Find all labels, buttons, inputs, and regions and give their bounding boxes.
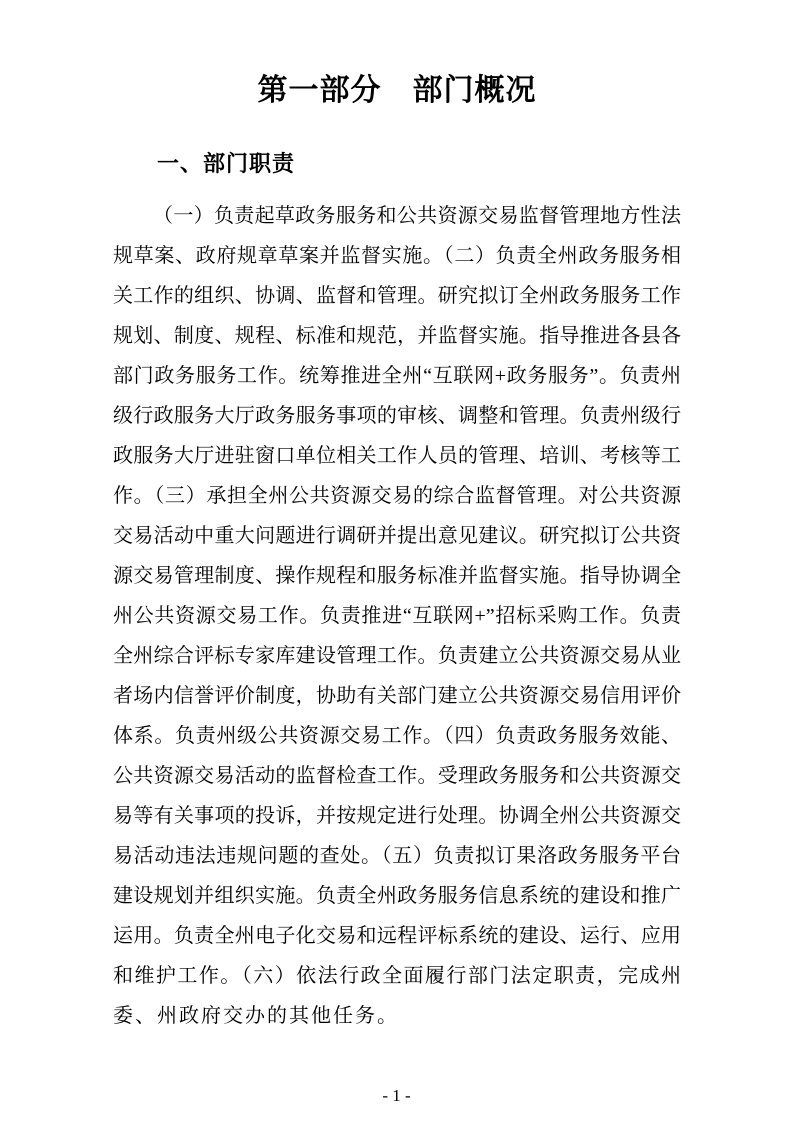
body-paragraph: （一）负责起草政务服务和公共资源交易监督管理地方性法规草案、政府规章草案并监督实… — [113, 196, 681, 1036]
section-heading: 一、部门职责 — [113, 150, 681, 178]
paragraph-line: 部门政务服务工作。统筹推进全州“互联网+政务服务”。负责州 — [113, 356, 681, 396]
paragraph-line: （一）负责起草政务服务和公共资源交易监督管理地方性法 — [113, 196, 681, 236]
paragraph-line: 易活动违法违规问题的查处。（五）负责拟订果洛政务服务平台 — [113, 836, 681, 876]
paragraph-line: 关工作的组织、协调、监督和管理。研究拟订全州政务服务工作 — [113, 276, 681, 316]
paragraph-line: 和维护工作。（六）依法行政全面履行部门法定职责，完成州 — [113, 956, 681, 996]
document-title: 第一部分 部门概况 — [113, 72, 681, 110]
paragraph-line: 公共资源交易活动的监督检查工作。受理政务服务和公共资源交 — [113, 756, 681, 796]
paragraph-line: 政服务大厅进驻窗口单位相关工作人员的管理、培训、考核等工 — [113, 436, 681, 476]
paragraph-line: 者场内信誉评价制度，协助有关部门建立公共资源交易信用评价 — [113, 676, 681, 716]
paragraph-line: 州公共资源交易工作。负责推进“互联网+”招标采购工作。负责 — [113, 596, 681, 636]
paragraph-line: 全州综合评标专家库建设管理工作。负责建立公共资源交易从业 — [113, 636, 681, 676]
paragraph-line: 作。（三）承担全州公共资源交易的综合监督管理。对公共资源 — [113, 476, 681, 516]
paragraph-line: 易等有关事项的投诉，并按规定进行处理。协调全州公共资源交 — [113, 796, 681, 836]
document-page: 第一部分 部门概况 一、部门职责 （一）负责起草政务服务和公共资源交易监督管理地… — [0, 0, 793, 1122]
page-number: - 1 - — [382, 1086, 410, 1105]
page-footer: - 1 - — [0, 1086, 793, 1106]
paragraph-line: 运用。负责全州电子化交易和远程评标系统的建设、运行、应用 — [113, 916, 681, 956]
paragraph-line: 规划、制度、规程、标准和规范，并监督实施。指导推进各县各 — [113, 316, 681, 356]
paragraph-line: 委、州政府交办的其他任务。 — [113, 996, 681, 1036]
paragraph-line: 源交易管理制度、操作规程和服务标准并监督实施。指导协调全 — [113, 556, 681, 596]
paragraph-line: 建设规划并组织实施。负责全州政务服务信息系统的建设和推广 — [113, 876, 681, 916]
paragraph-line: 规草案、政府规章草案并监督实施。（二）负责全州政务服务相 — [113, 236, 681, 276]
paragraph-line: 交易活动中重大问题进行调研并提出意见建议。研究拟订公共资 — [113, 516, 681, 556]
paragraph-line: 级行政服务大厅政务服务事项的审核、调整和管理。负责州级行 — [113, 396, 681, 436]
paragraph-line: 体系。负责州级公共资源交易工作。（四）负责政务服务效能、 — [113, 716, 681, 756]
